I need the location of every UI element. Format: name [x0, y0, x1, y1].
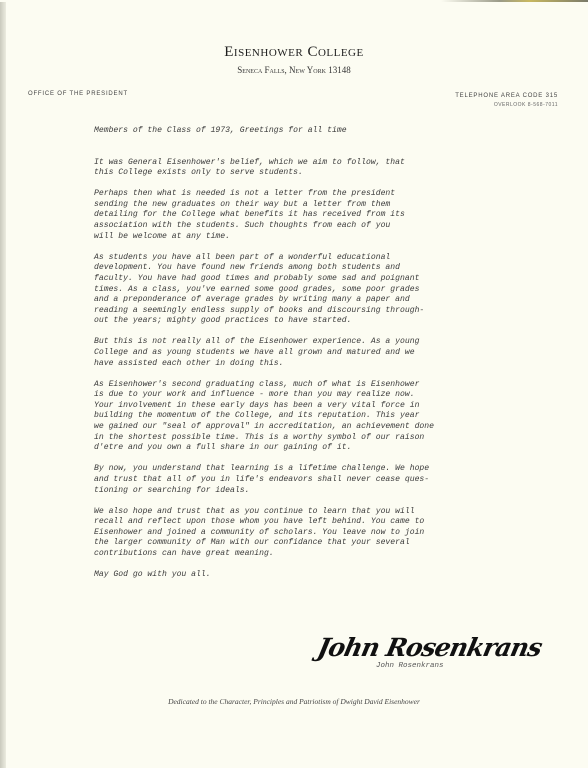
- paragraph: By now, you understand that learning is …: [94, 464, 534, 496]
- paragraph: But this is not really all of the Eisenh…: [94, 337, 534, 369]
- typed-signature: John Rosenkrans: [376, 662, 444, 670]
- closing: May God go with you all.: [94, 570, 534, 581]
- salutation: Members of the Class of 1973, Greetings …: [94, 126, 534, 137]
- paragraph: It was General Eisenhower's belief, whic…: [94, 158, 534, 179]
- college-address: Seneca Falls, New York 13148: [0, 65, 588, 75]
- page-edge-shadow: [0, 0, 6, 768]
- letterhead: Eisenhower College Seneca Falls, New Yor…: [0, 44, 588, 75]
- phone-number: Overlook 8-568-7011: [455, 102, 558, 108]
- dedication-footer: Dedicated to the Character, Principles a…: [0, 697, 588, 706]
- paragraph: We also hope and trust that as you conti…: [94, 507, 534, 560]
- office-label: Office of the President: [28, 91, 128, 97]
- telephone-label: Telephone Area Code 315: [455, 93, 558, 99]
- paragraph: As students you have all been part of a …: [94, 253, 534, 327]
- signature-block: John Rosenkrans John Rosenkrans: [318, 633, 541, 662]
- paragraph: Perhaps then what is needed is not a let…: [94, 189, 534, 242]
- handwritten-signature: John Rosenkrans: [315, 633, 544, 662]
- college-name: Eisenhower College: [0, 44, 588, 61]
- paragraph: As Eisenhower's second graduating class,…: [94, 380, 534, 454]
- telephone-block: Telephone Area Code 315 Overlook 8-568-7…: [455, 93, 558, 108]
- letter-body: Members of the Class of 1973, Greetings …: [94, 126, 534, 591]
- page-top-edge: [0, 0, 588, 2]
